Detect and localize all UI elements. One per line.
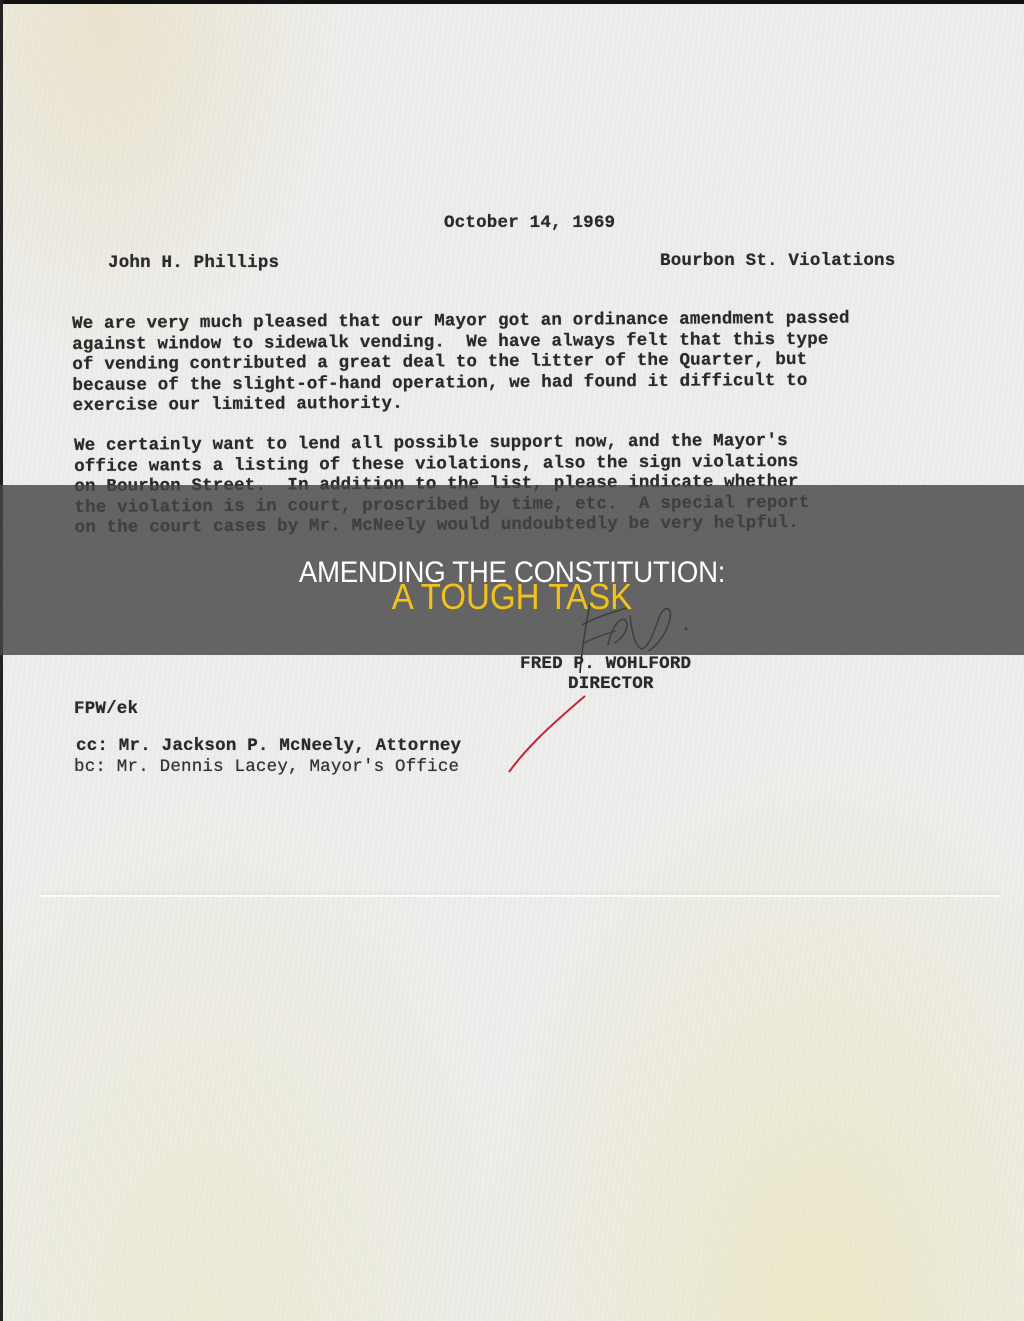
letter-date: October 14, 1969 [444, 213, 615, 233]
scan-left-edge [0, 0, 3, 1321]
letter-recipient: John H. Phillips [108, 253, 279, 273]
cc-line: cc: Mr. Jackson P. McNeely, Attorney [76, 736, 461, 756]
reference-initials: FPW/ek [74, 699, 138, 719]
scanned-letter-page: October 14, 1969 John H. Phillips Bourbo… [0, 0, 1024, 1321]
paragraph-line: exercise our limited authority. [73, 391, 851, 417]
paper-fold-line [40, 895, 1000, 897]
red-check-mark [505, 690, 595, 780]
bc-line: bc: Mr. Dennis Lacey, Mayor's Office [74, 757, 459, 777]
scan-top-edge [0, 0, 1024, 4]
letter-paragraph-1: We are very much pleased that our Mayor … [72, 309, 850, 417]
signer-name: FRED P. WOHLFORD [520, 654, 691, 674]
letter-subject: Bourbon St. Violations [660, 251, 895, 271]
banner-subtitle: A TOUGH TASK [41, 576, 983, 618]
